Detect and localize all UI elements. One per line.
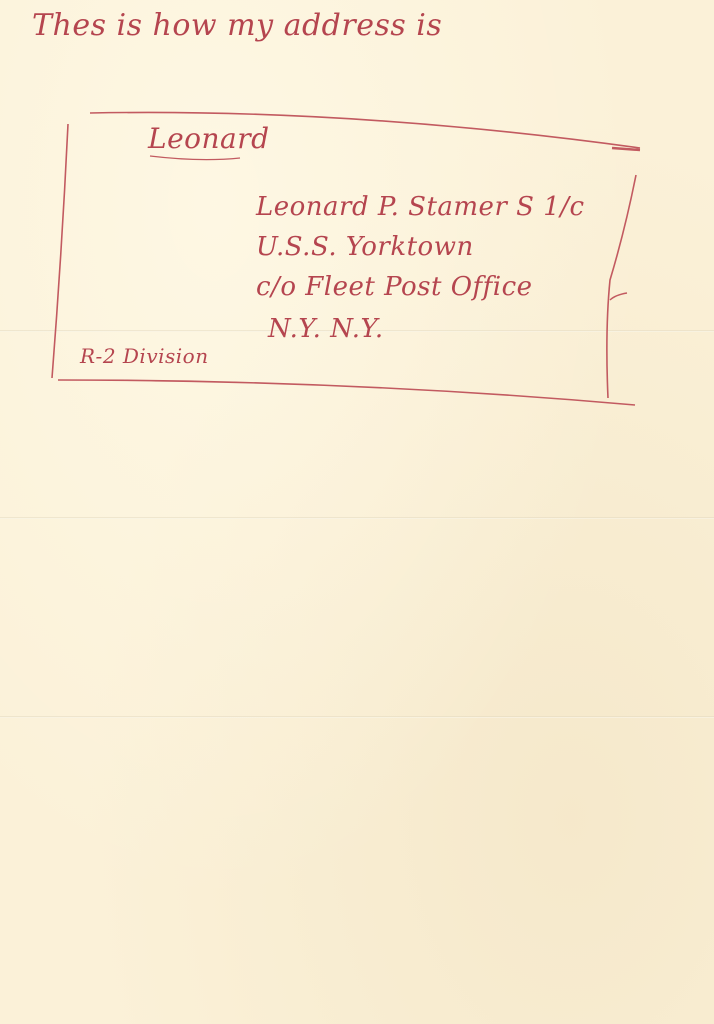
intro-line: Thes is how my address is (32, 8, 442, 43)
letter-paper: Thes is how my address is Leonard Leonar… (0, 0, 714, 1024)
address-line-1: Leonard P. Stamer S 1/c (256, 192, 585, 222)
name-heading: Leonard (148, 122, 270, 155)
division-label: R-2 Division (80, 344, 209, 368)
address-box-outline (0, 0, 714, 1024)
address-line-4: N.Y. N.Y. (268, 314, 384, 344)
address-line-2: U.S.S. Yorktown (256, 232, 474, 262)
address-line-3: c/o Fleet Post Office (256, 272, 533, 302)
